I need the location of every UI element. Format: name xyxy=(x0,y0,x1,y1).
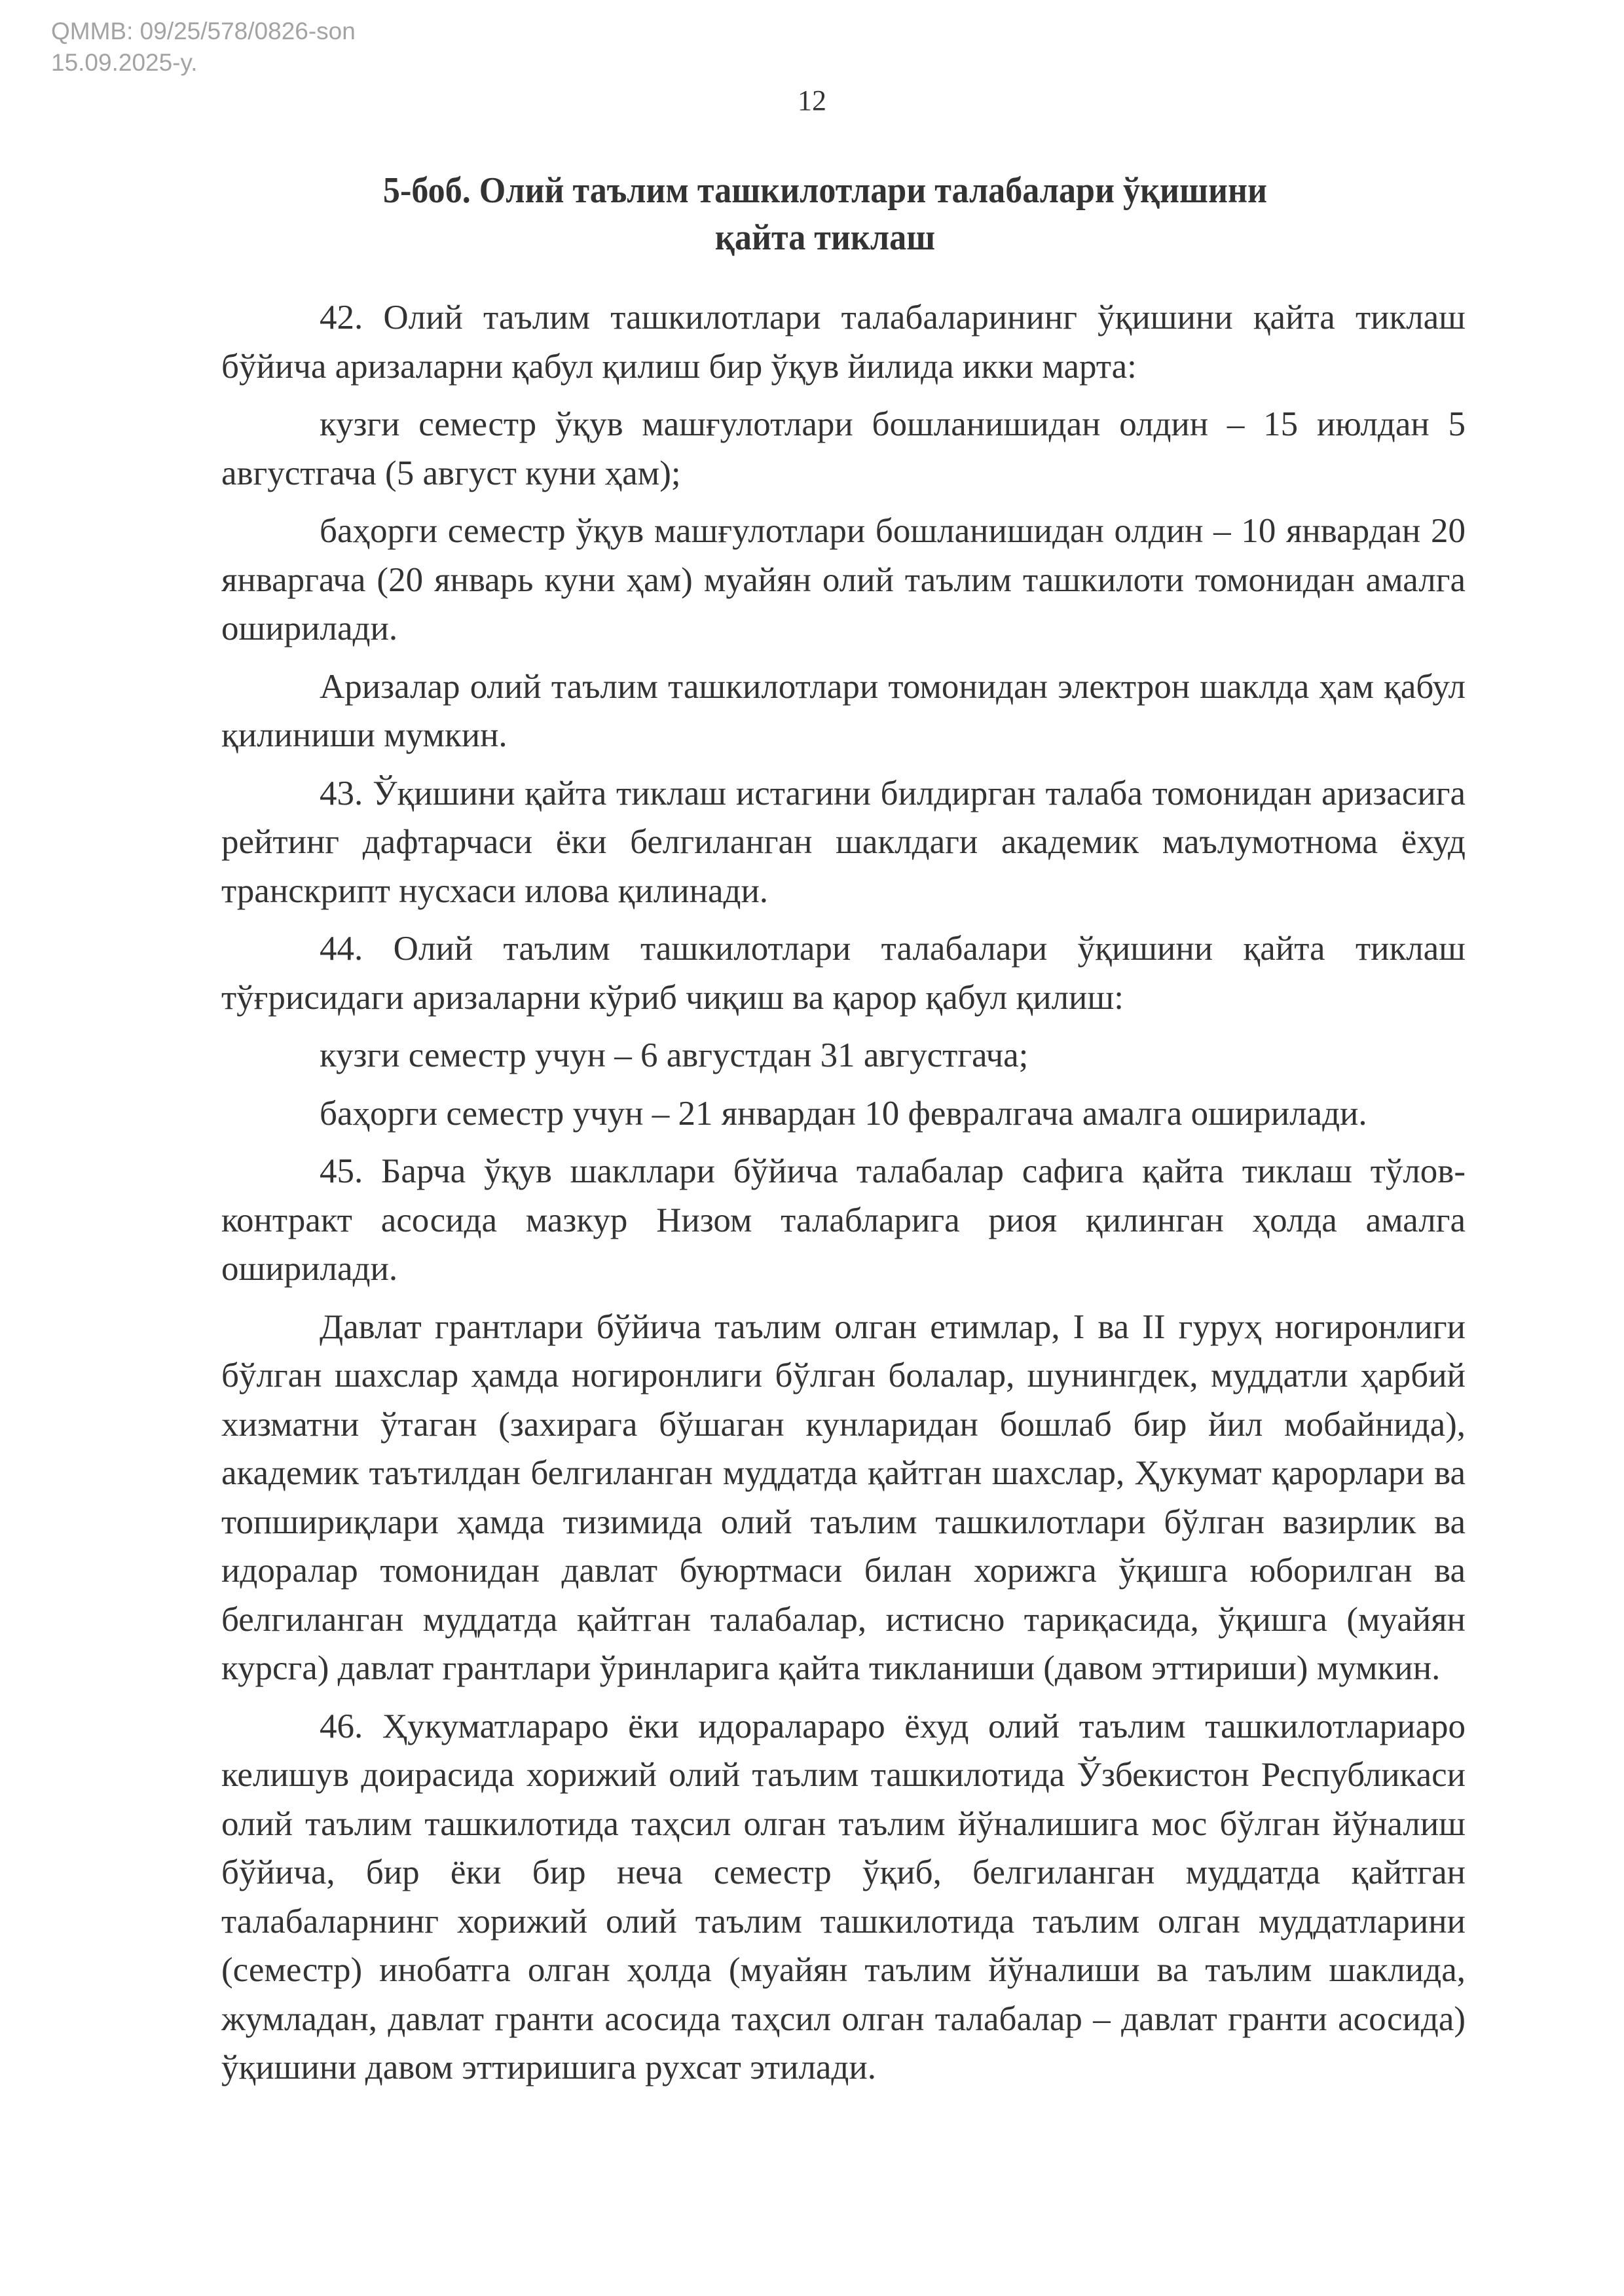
registration-number: QMMB: 09/25/578/0826-son xyxy=(51,16,356,47)
page-number: 12 xyxy=(0,84,1624,117)
chapter-title: 5-боб. Олий таълим ташкилотлари талабала… xyxy=(301,167,1349,261)
paragraph-44: 44. Олий таълим ташкилотлари талабалари … xyxy=(221,924,1466,1022)
paragraph-42-electronic: Аризалар олий таълим ташкилотлари томони… xyxy=(221,663,1466,760)
chapter-title-line-1: 5-боб. Олий таълим ташкилотлари талабала… xyxy=(301,167,1349,214)
paragraph-44-spring: баҳорги семестр учун – 21 январдан 10 фе… xyxy=(221,1089,1466,1139)
paragraph-44-autumn: кузги семестр учун – 6 августдан 31 авгу… xyxy=(221,1031,1466,1080)
chapter-title-line-2: қайта тиклаш xyxy=(301,214,1349,261)
paragraph-45-grants: Давлат грантлари бўйича таълим олган ети… xyxy=(221,1303,1466,1693)
document-body: 42. Олий таълим ташкилотлари талабаларин… xyxy=(221,293,1466,2092)
paragraph-42-autumn: кузги семестр ўқув машғулотлари бошланиш… xyxy=(221,400,1466,498)
registration-stamp: QMMB: 09/25/578/0826-son 15.09.2025-y. xyxy=(51,16,356,79)
paragraph-43: 43. Ўқишини қайта тиклаш истагини билдир… xyxy=(221,769,1466,916)
paragraph-46: 46. Ҳукуматлараро ёки идоралараро ёхуд о… xyxy=(221,1702,1466,2092)
paragraph-45: 45. Барча ўқув шакллари бўйича талабалар… xyxy=(221,1147,1466,1294)
paragraph-42-spring: баҳорги семестр ўқув машғулотлари бошлан… xyxy=(221,507,1466,653)
registration-date: 15.09.2025-y. xyxy=(51,47,356,79)
paragraph-42: 42. Олий таълим ташкилотлари талабаларин… xyxy=(221,293,1466,391)
